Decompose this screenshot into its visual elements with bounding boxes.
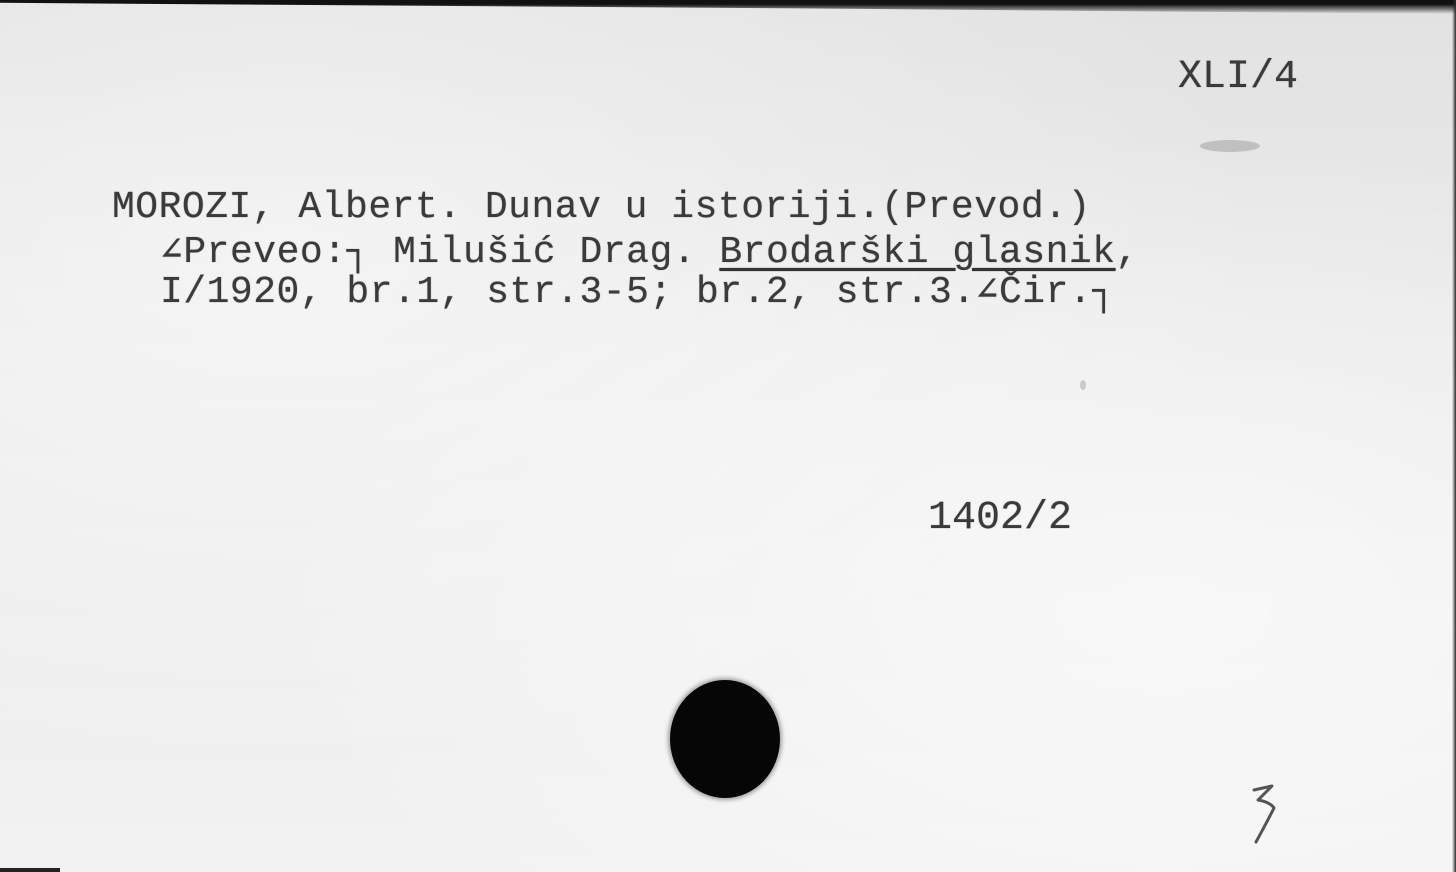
smudge xyxy=(1080,380,1086,390)
call-number: XLI/4 xyxy=(1178,55,1298,100)
scan-top-edge xyxy=(0,0,1456,14)
periodical-title-comma: , xyxy=(1116,231,1139,274)
entry-line-author-title: MOROZI, Albert. Dunav u istoriji.(Prevod… xyxy=(112,186,1091,229)
scan-bottom-edge xyxy=(0,868,60,872)
handwritten-mark-icon xyxy=(1240,780,1290,850)
punch-hole-icon xyxy=(670,680,780,798)
entry-line-issue-pages: I/1920, br.1, str.3-5; br.2, str.3.∠Čir.… xyxy=(160,267,1116,314)
catalog-card: XLI/4 MOROZI, Albert. Dunav u istoriji.(… xyxy=(0,0,1456,872)
accession-number: 1402/2 xyxy=(928,496,1072,541)
smudge xyxy=(1200,140,1260,152)
scan-right-edge xyxy=(1452,0,1456,872)
